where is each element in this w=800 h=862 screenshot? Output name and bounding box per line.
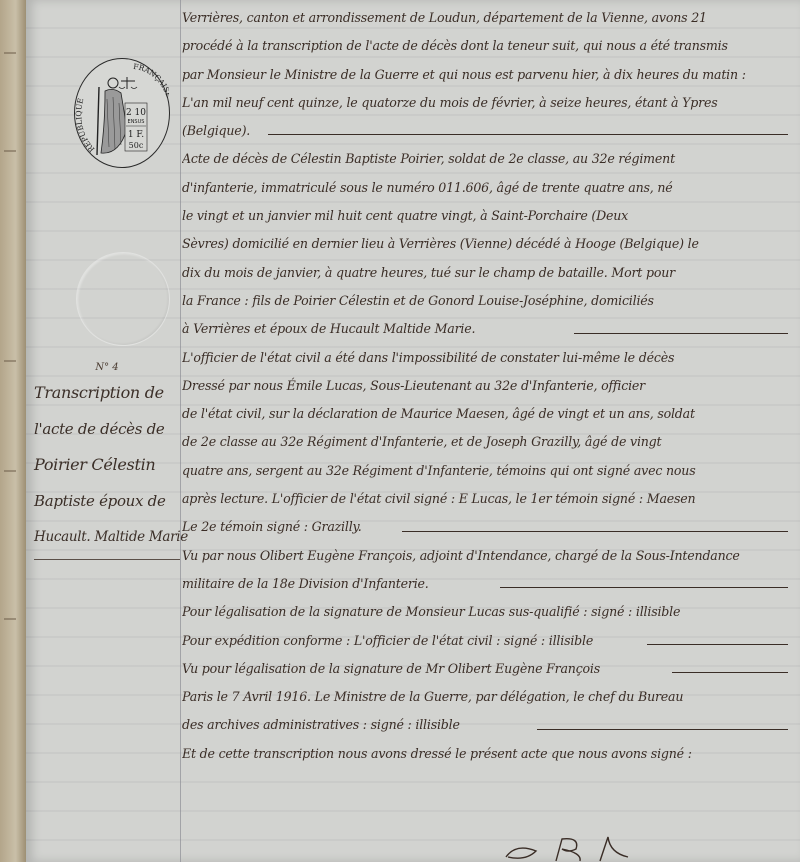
margin-rule <box>180 0 181 862</box>
text-line: Acte de décès de Célestin Baptiste Poiri… <box>182 145 794 173</box>
tax-stamp: RÉPUBLIQUE FRANÇAISE 2 10 ENSUS 1 F. 50c <box>74 58 170 168</box>
text-line: Pour expédition conforme : L'officier de… <box>182 627 794 655</box>
text-line: Vu par nous Olibert Eugène François, adj… <box>182 542 794 570</box>
text-line: (Belgique). <box>182 117 794 145</box>
text-line: L'an mil neuf cent quinze, le quatorze d… <box>182 89 794 117</box>
text-line: des archives administratives : signé : i… <box>182 711 794 739</box>
text-line: le vingt et un janvier mil huit cent qua… <box>182 202 794 230</box>
text-line: Dressé par nous Émile Lucas, Sous-Lieute… <box>182 372 794 400</box>
book-binding-edge <box>0 0 26 862</box>
text-line: Sèvres) domicilié en dernier lieu à Verr… <box>182 230 794 258</box>
text-line: à Verrières et époux de Hucault Maltide … <box>182 315 794 343</box>
margin-end-rule <box>34 559 180 560</box>
register-page: RÉPUBLIQUE FRANÇAISE 2 10 ENSUS 1 F. 50c… <box>26 0 800 862</box>
text-line: de l'état civil, sur la déclaration de M… <box>182 400 794 428</box>
text-line: procédé à la transcription de l'acte de … <box>182 32 794 60</box>
text-line: après lecture. L'officier de l'état civi… <box>182 485 794 513</box>
text-line: la France : fils de Poirier Célestin et … <box>182 287 794 315</box>
stamp-ensus: ENSUS <box>128 119 145 125</box>
officer-signature <box>496 835 656 862</box>
text-line: Verrières, canton et arrondissement de L… <box>182 4 794 32</box>
marianne-justice-icon: RÉPUBLIQUE FRANÇAISE 2 10 ENSUS 1 F. 50c <box>75 59 169 167</box>
stamp-value-top: 2 10 <box>126 108 146 118</box>
text-line: quatre ans, sergent au 32e Régiment d'In… <box>182 457 794 485</box>
svg-text:RÉPUBLIQUE: RÉPUBLIQUE <box>75 97 96 154</box>
text-line: de 2e classe au 32e Régiment d'Infanteri… <box>182 428 794 456</box>
text-line: Et de cette transcription nous avons dre… <box>182 740 794 768</box>
stamp-arc-right: FRANÇAISE <box>133 62 169 99</box>
margin-annotation: N° 4 Transcription de l'acte de décès de… <box>34 362 180 560</box>
text-line: dix du mois de janvier, à quatre heures,… <box>182 259 794 287</box>
text-line: militaire de la 18e Division d'Infanteri… <box>182 570 794 598</box>
text-line: Paris le 7 Avril 1916. Le Ministre de la… <box>182 683 794 711</box>
text-line: par Monsieur le Ministre de la Guerre et… <box>182 61 794 89</box>
svg-text:FRANÇAISE: FRANÇAISE <box>133 62 169 99</box>
text-line: Pour légalisation de la signature de Mon… <box>182 598 794 626</box>
stamp-arc-left: RÉPUBLIQUE <box>75 97 96 154</box>
margin-line: Transcription de <box>34 375 180 411</box>
stamp-value-bottom-f: 1 F. <box>128 130 144 140</box>
margin-line: l'acte de décès de <box>34 411 180 447</box>
stamp-value-bottom-c: 50c <box>129 141 144 150</box>
text-line: d'infanterie, immatriculé sous le numéro… <box>182 174 794 202</box>
margin-line: Baptiste époux de <box>34 483 180 519</box>
signature-flourish-icon <box>496 835 656 862</box>
text-line: L'officier de l'état civil a été dans l'… <box>182 344 794 372</box>
entry-number: N° 4 <box>34 362 180 373</box>
text-line: Vu pour légalisation de la signature de … <box>182 655 794 683</box>
embossed-seal <box>76 252 170 346</box>
margin-line: Poirier Célestin <box>34 447 180 483</box>
margin-line: Hucault. Maltide Marie <box>34 519 180 555</box>
transcription-body: Verrières, canton et arrondissement de L… <box>182 4 794 768</box>
text-line: Le 2e témoin signé : Grazilly. <box>182 513 794 541</box>
